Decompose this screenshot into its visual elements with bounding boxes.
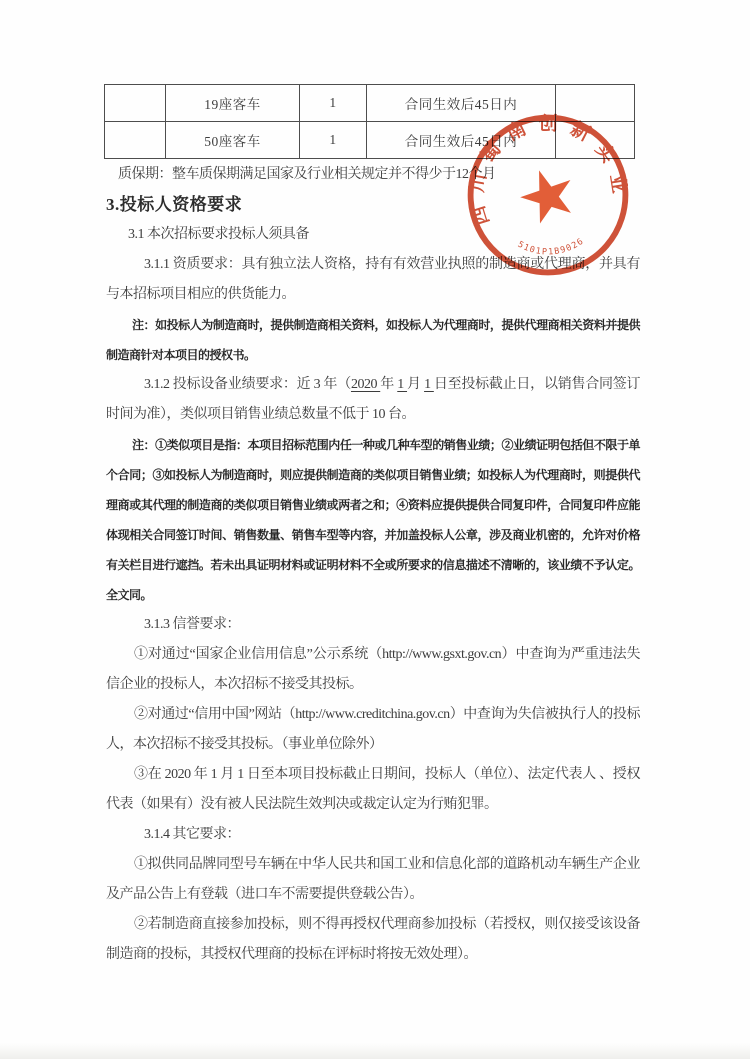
credit-item-3: ③在 2020 年 1 月 1 日至本项目投标截止日期间，投标人（单位）、法定代… — [106, 760, 640, 820]
other-item-1: ①拟供同品牌同型号车辆在中华人民共和国工业和信息化部的道路机动车辆生产企业及产品… — [106, 850, 640, 910]
table-row: 50座客车 1 合同生效后45日内 — [105, 122, 635, 159]
clause-3-1-1: 3.1.1 资质要求：具有独立法人资格，持有有效营业执照的制造商或代理商，并具有… — [106, 250, 640, 310]
document-body: 质保期：整车质保期满足国家及行业相关规定并不得少于12个月3.投标人资格要求3.… — [106, 160, 640, 970]
table-cell-delivery-time: 合同生效后45日内 — [367, 122, 556, 159]
credit-item-1: ①对通过“国家企业信用信息”公示系统（http://www.gsxt.gov.c… — [106, 640, 640, 700]
table-row: 19座客车 1 合同生效后45日内 — [105, 85, 635, 122]
table-cell-empty — [556, 122, 635, 159]
text-run: 3.1 本次招标要求投标人须具备 — [128, 227, 309, 242]
table-cell-delivery-time: 合同生效后45日内 — [367, 85, 556, 122]
note-2: 注：①类似项目是指：本项目招标范围内任一种或几种车型的销售业绩；②业绩证明包括但… — [106, 430, 640, 610]
text-run: 3.1.4 其它要求： — [144, 827, 240, 842]
table-cell-empty — [556, 85, 635, 122]
section-heading: 3.投标人资格要求 — [106, 190, 640, 220]
underlined-text: 1 — [397, 377, 407, 392]
text-run: 注：如投标人为制造商时，提供制造商相关资料，如投标人为代理商时，提供代理商相关资… — [106, 318, 640, 362]
clause-3-1-4: 3.1.4 其它要求： — [106, 820, 640, 850]
underlined-text: 2020 — [351, 377, 380, 392]
underlined-text: 1 — [424, 377, 434, 392]
text-run: 3.1.1 资质要求：具有独立法人资格，持有有效营业执照的制造商或代理商，并具有… — [106, 257, 640, 302]
text-run: ①拟供同品牌同型号车辆在中华人民共和国工业和信息化部的道路机动车辆生产企业及产品… — [106, 857, 640, 902]
text-run: ②对通过“信用中国”网站（http://www.creditchina.gov.… — [106, 707, 640, 752]
scan-bottom-edge — [0, 1043, 750, 1059]
table-cell-quantity: 1 — [300, 122, 367, 159]
text-run: 月 — [407, 377, 424, 392]
text-run: 质保期：整车质保期满足国家及行业相关规定并不得少于12个月 — [118, 167, 496, 182]
other-item-2: ②若制造商直接参加投标，则不得再授权代理商参加投标（若授权，则仅接受该设备制造商… — [106, 910, 640, 970]
text-run: ②若制造商直接参加投标，则不得再授权代理商参加投标（若授权，则仅接受该设备制造商… — [106, 917, 640, 962]
scanned-document-page: 19座客车 1 合同生效后45日内 50座客车 1 合同生效后45日内 质保期：… — [0, 0, 750, 1059]
clause-3-1-2: 3.1.2 投标设备业绩要求：近 3 年（2020 年 1 月 1 日至投标截止… — [106, 370, 640, 430]
clause-3-1: 3.1 本次招标要求投标人须具备 — [106, 220, 640, 250]
credit-item-2: ②对通过“信用中国”网站（http://www.creditchina.gov.… — [106, 700, 640, 760]
table-cell-empty — [105, 122, 166, 159]
delivery-schedule-table: 19座客车 1 合同生效后45日内 50座客车 1 合同生效后45日内 — [104, 84, 635, 159]
text-run: ①对通过“国家企业信用信息”公示系统（http://www.gsxt.gov.c… — [106, 647, 640, 692]
text-run: 3.投标人资格要求 — [106, 195, 242, 214]
text-run: 3.1.2 投标设备业绩要求：近 3 年（ — [144, 377, 351, 392]
text-run: 注：①类似项目是指：本项目招标范围内任一种或几种车型的销售业绩；②业绩证明包括但… — [106, 438, 640, 602]
clause-3-1-3: 3.1.3 信誉要求： — [106, 610, 640, 640]
text-run: 年 — [380, 377, 397, 392]
note-1: 注：如投标人为制造商时，提供制造商相关资料，如投标人为代理商时，提供代理商相关资… — [106, 310, 640, 370]
table-cell-vehicle-type: 50座客车 — [166, 122, 300, 159]
table-cell-quantity: 1 — [300, 85, 367, 122]
text-run: 3.1.3 信誉要求： — [144, 617, 240, 632]
text-run: ③在 2020 年 1 月 1 日至本项目投标截止日期间，投标人（单位）、法定代… — [106, 767, 640, 812]
warranty-line: 质保期：整车质保期满足国家及行业相关规定并不得少于12个月 — [106, 160, 640, 190]
table-cell-empty — [105, 85, 166, 122]
table-cell-vehicle-type: 19座客车 — [166, 85, 300, 122]
